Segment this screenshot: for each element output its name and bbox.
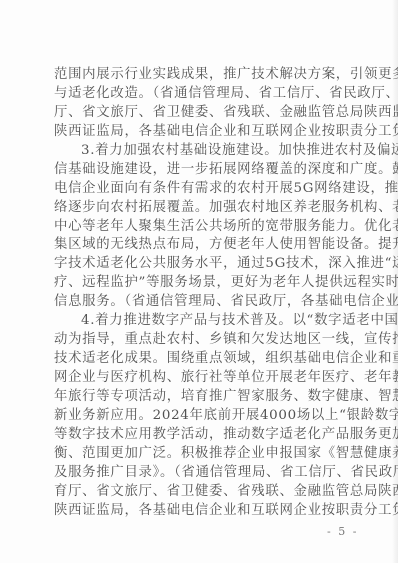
paragraph-item-4: 4.着力推进数字产品与技术普及。以“数字适老中国行”活 动为指导，重点赴农村、乡… [54,312,352,520]
text-line: 衡、范围更加广泛。积极推荐企业申报国家《智慧健康养老产品 [54,445,352,464]
text-line: 技术适老化成果。围绕重点领域，组织基础电信企业和重点互联 [54,350,352,369]
text-line: 网企业与医疗机构、旅行社等单位开展老年医疗、老年教育、老 [54,369,352,388]
text-line: 新业务新应用。2024年底前开展4000场以上“银龄数字课堂” [54,407,352,426]
text-line: 等数字技术应用教学活动，推动数字适老化产品服务更加普惠均 [54,426,352,445]
text-line: 育厅、省文旅厅、省卫健委、省残联、金融监管总局陕西监管局、 [54,483,352,502]
text-line: 动为指导，重点赴农村、乡镇和欠发达地区一线，宣传推广数字 [54,331,352,350]
text-line: 字技术适老化公共服务水平，通过5G技术，深入推进“远程医 [54,255,352,274]
text-line: 络逐步向农村拓展覆盖。加强农村地区养老服务机构、老年活动 [54,199,352,218]
text-line: 疗、远程监护”等服务场景，更好为老年人提供远程实时适老化 [54,274,352,293]
text-line: 厅、省文旅厅、省卫健委、省残联、金融监管总局陕西监管局、 [54,104,352,123]
paragraph-item-3: 3.着力加强农村基础设施建设。加快推进农村及偏远地区通 信基础设施建设，进一步拓… [54,142,352,312]
text-line: 年旅行等专项活动，培育推广智家服务、数字健康、智慧生活等 [54,388,352,407]
text-line: 信息服务。（省通信管理局、省民政厅，各基础电信企业负责） [54,293,352,312]
text-line: 范围内展示行业实践成果，推广技术解决方案，引领更多企业参 [54,66,352,85]
paragraph-continuation: 范围内展示行业实践成果，推广技术解决方案，引领更多企业参 与适老化改造。（省通信… [54,66,352,142]
page-number: - 5 - [327,525,358,538]
text-line: 陕西证监局，各基础电信企业和互联网企业按职责分工负责） [54,123,352,142]
document-body: 范围内展示行业实践成果，推广技术解决方案，引领更多企业参 与适老化改造。（省通信… [54,66,352,521]
item-heading-line: 4.着力推进数字产品与技术普及。以“数字适老中国行”活 [54,312,352,331]
text-line: 信基础设施建设，进一步拓展网络覆盖的深度和广度。鼓励基础 [54,161,352,180]
text-line: 中心等老年人聚集生活公共场所的宽带服务能力。优化老年人聚 [54,218,352,237]
text-line: 与适老化改造。（省通信管理局、省工信厅、省民政厅、省教育 [54,85,352,104]
text-line: 集区域的无线热点布局，方便老年人使用智能设备。提升农村数 [54,236,352,255]
item-heading-line: 3.着力加强农村基础设施建设。加快推进农村及偏远地区通 [54,142,352,161]
text-line: 及服务推广目录》。（省通信管理局、省工信厅、省民政厅、省教 [54,464,352,483]
text-line: 电信企业面向有条件有需求的农村开展5G网络建设，推进5G网 [54,180,352,199]
text-line: 陕西证监局，各基础电信企业和互联网企业按职责分工负责） [54,502,352,521]
document-page: 范围内展示行业实践成果，推广技术解决方案，引领更多企业参 与适老化改造。（省通信… [0,0,398,563]
